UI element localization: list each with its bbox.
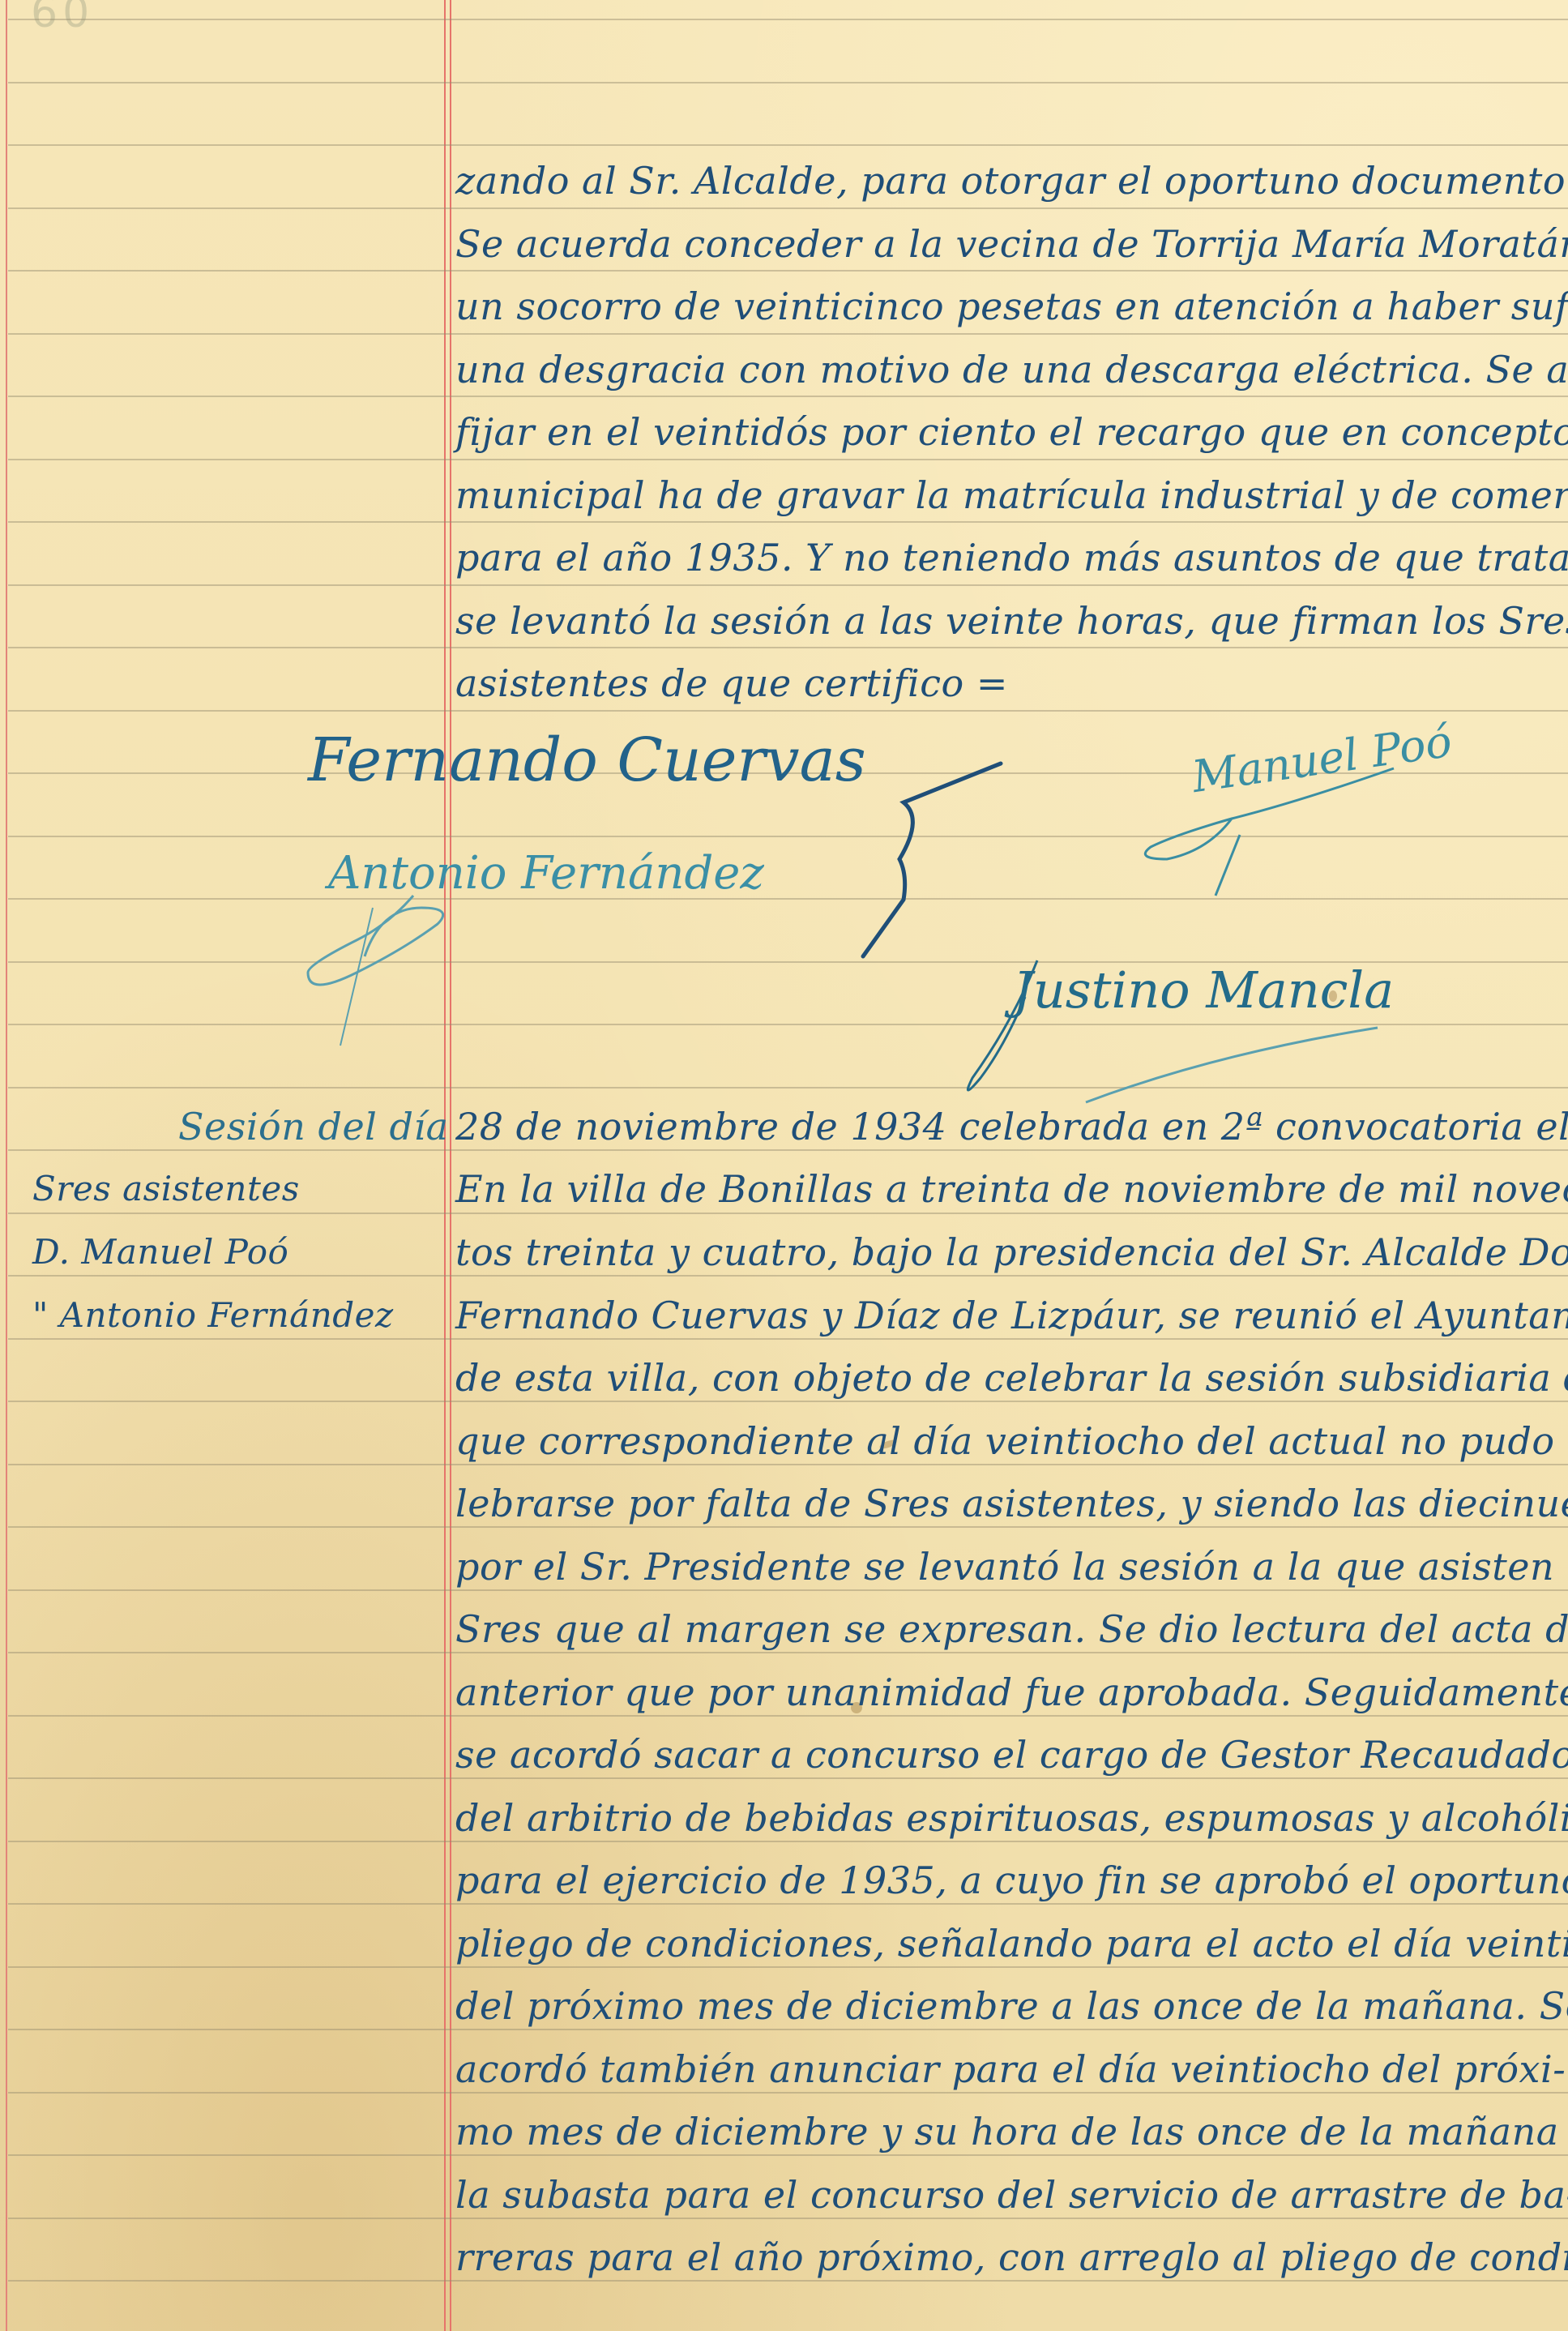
ruled-line (8, 1338, 1568, 1340)
ruled-line (8, 19, 1568, 20)
ruled-line (8, 270, 1568, 272)
text-line: de esta villa, con objeto de celebrar la… (455, 1358, 1568, 1398)
ruled-line (8, 144, 1568, 146)
ruled-line (8, 836, 1568, 837)
text-line: se levantó la sesión a las veinte horas,… (455, 601, 1568, 641)
text-line: zando al Sr. Alcalde, para otorgar el op… (455, 160, 1568, 201)
ruled-line (8, 2218, 1568, 2219)
ruled-line (8, 710, 1568, 712)
text-line: lebrarse por falta de Sres asistentes, y… (455, 1483, 1568, 1524)
text-line: tos treinta y cuatro, bajo la presidenci… (455, 1232, 1568, 1272)
ruled-line (8, 584, 1568, 586)
ruled-line (8, 333, 1568, 335)
ruled-line (8, 521, 1568, 523)
ruled-line (8, 898, 1568, 900)
session-heading-body: 28 de noviembre de 1934 celebrada en 2ª … (455, 1106, 1568, 1147)
ruled-line (8, 1777, 1568, 1779)
left-edge-red-line (6, 0, 7, 2331)
ruled-line (8, 1213, 1568, 1214)
margin-red-line-1 (444, 0, 446, 2331)
text-line: una desgracia con motivo de una descarga… (455, 349, 1568, 390)
ruled-line (8, 1401, 1568, 1402)
text-line: fijar en el veintidós por ciento el reca… (455, 412, 1568, 452)
text-line: acordó también anunciar para el día vein… (455, 2049, 1566, 2089)
text-line: que correspondiente al día veintiocho de… (455, 1421, 1568, 1461)
text-line: pliego de condiciones, señalando para el… (455, 1923, 1568, 1964)
text-line: por el Sr. Presidente se levantó la sesi… (455, 1546, 1568, 1587)
ruled-line (8, 1149, 1568, 1151)
text-line: mo mes de diciembre y su hora de las onc… (455, 2111, 1559, 2152)
signature-justino-mancla: Justino Mancla (1013, 960, 1394, 1020)
signature-manuel-poo: Manuel Poó (1189, 716, 1455, 802)
ruled-line (8, 1903, 1568, 1905)
ruled-line (8, 459, 1568, 460)
ruled-line (8, 1715, 1568, 1717)
text-line: para el ejercicio de 1935, a cuyo fin se… (455, 1860, 1568, 1901)
ruled-line (8, 207, 1568, 209)
text-line: del arbitrio de bebidas espirituosas, es… (455, 1798, 1568, 1838)
margin-red-line-2 (450, 0, 451, 2331)
text-line: asistentes de que certifico = (455, 663, 1008, 704)
ruled-line (8, 1966, 1568, 1968)
ruled-line (8, 2029, 1568, 2030)
ruled-line (8, 1841, 1568, 1842)
text-line: un socorro de veinticinco pesetas en ate… (455, 286, 1568, 327)
ruled-line (8, 396, 1568, 397)
attendee-item: D. Manuel Poó (32, 1232, 288, 1272)
text-line: Se acuerda conceder a la vecina de Torri… (455, 224, 1568, 264)
text-line: se acordó sacar a concurso el cargo de G… (455, 1734, 1568, 1775)
ruled-line (8, 1589, 1568, 1591)
ruled-line (8, 1275, 1568, 1277)
text-line: la subasta para el concurso del servicio… (455, 2175, 1568, 2215)
ruled-line (8, 2280, 1568, 2282)
ruled-line (8, 1024, 1568, 1025)
ruled-line (8, 82, 1568, 83)
document-page: 60 zando al Sr. Alcalde, para otorgar el… (0, 0, 1568, 2331)
text-line: del próximo mes de diciembre a las once … (455, 1986, 1568, 2026)
text-line: para el año 1935. Y no teniendo más asun… (455, 537, 1568, 578)
attendee-item: " Antonio Fernández (32, 1295, 394, 1336)
text-line: rreras para el año próximo, con arreglo … (455, 2237, 1568, 2278)
signature-antonio-fernandez: Antonio Fernández (328, 847, 764, 900)
text-line: anterior que por unanimidad fue aprobada… (455, 1672, 1568, 1713)
ruled-line (8, 1652, 1568, 1653)
ruled-line (8, 1087, 1568, 1089)
ruled-line (8, 1464, 1568, 1465)
ruled-line (8, 2154, 1568, 2156)
attendees-title: Sres asistentes (32, 1169, 300, 1209)
ruled-line (8, 2092, 1568, 2094)
text-line: Sres que al margen se expresan. Se dio l… (455, 1609, 1568, 1649)
session-heading-margin: Sesión del día (178, 1106, 449, 1147)
text-line: Fernando Cuervas y Díaz de Lizpáur, se r… (455, 1295, 1568, 1336)
text-line: En la villa de Bonillas a treinta de nov… (455, 1169, 1568, 1209)
ruled-line (8, 647, 1568, 648)
ruled-line (8, 1526, 1568, 1528)
signature-fernando-cuervas: Fernando Cuervas (308, 725, 866, 795)
text-line: municipal ha de gravar la matrícula indu… (455, 475, 1568, 515)
